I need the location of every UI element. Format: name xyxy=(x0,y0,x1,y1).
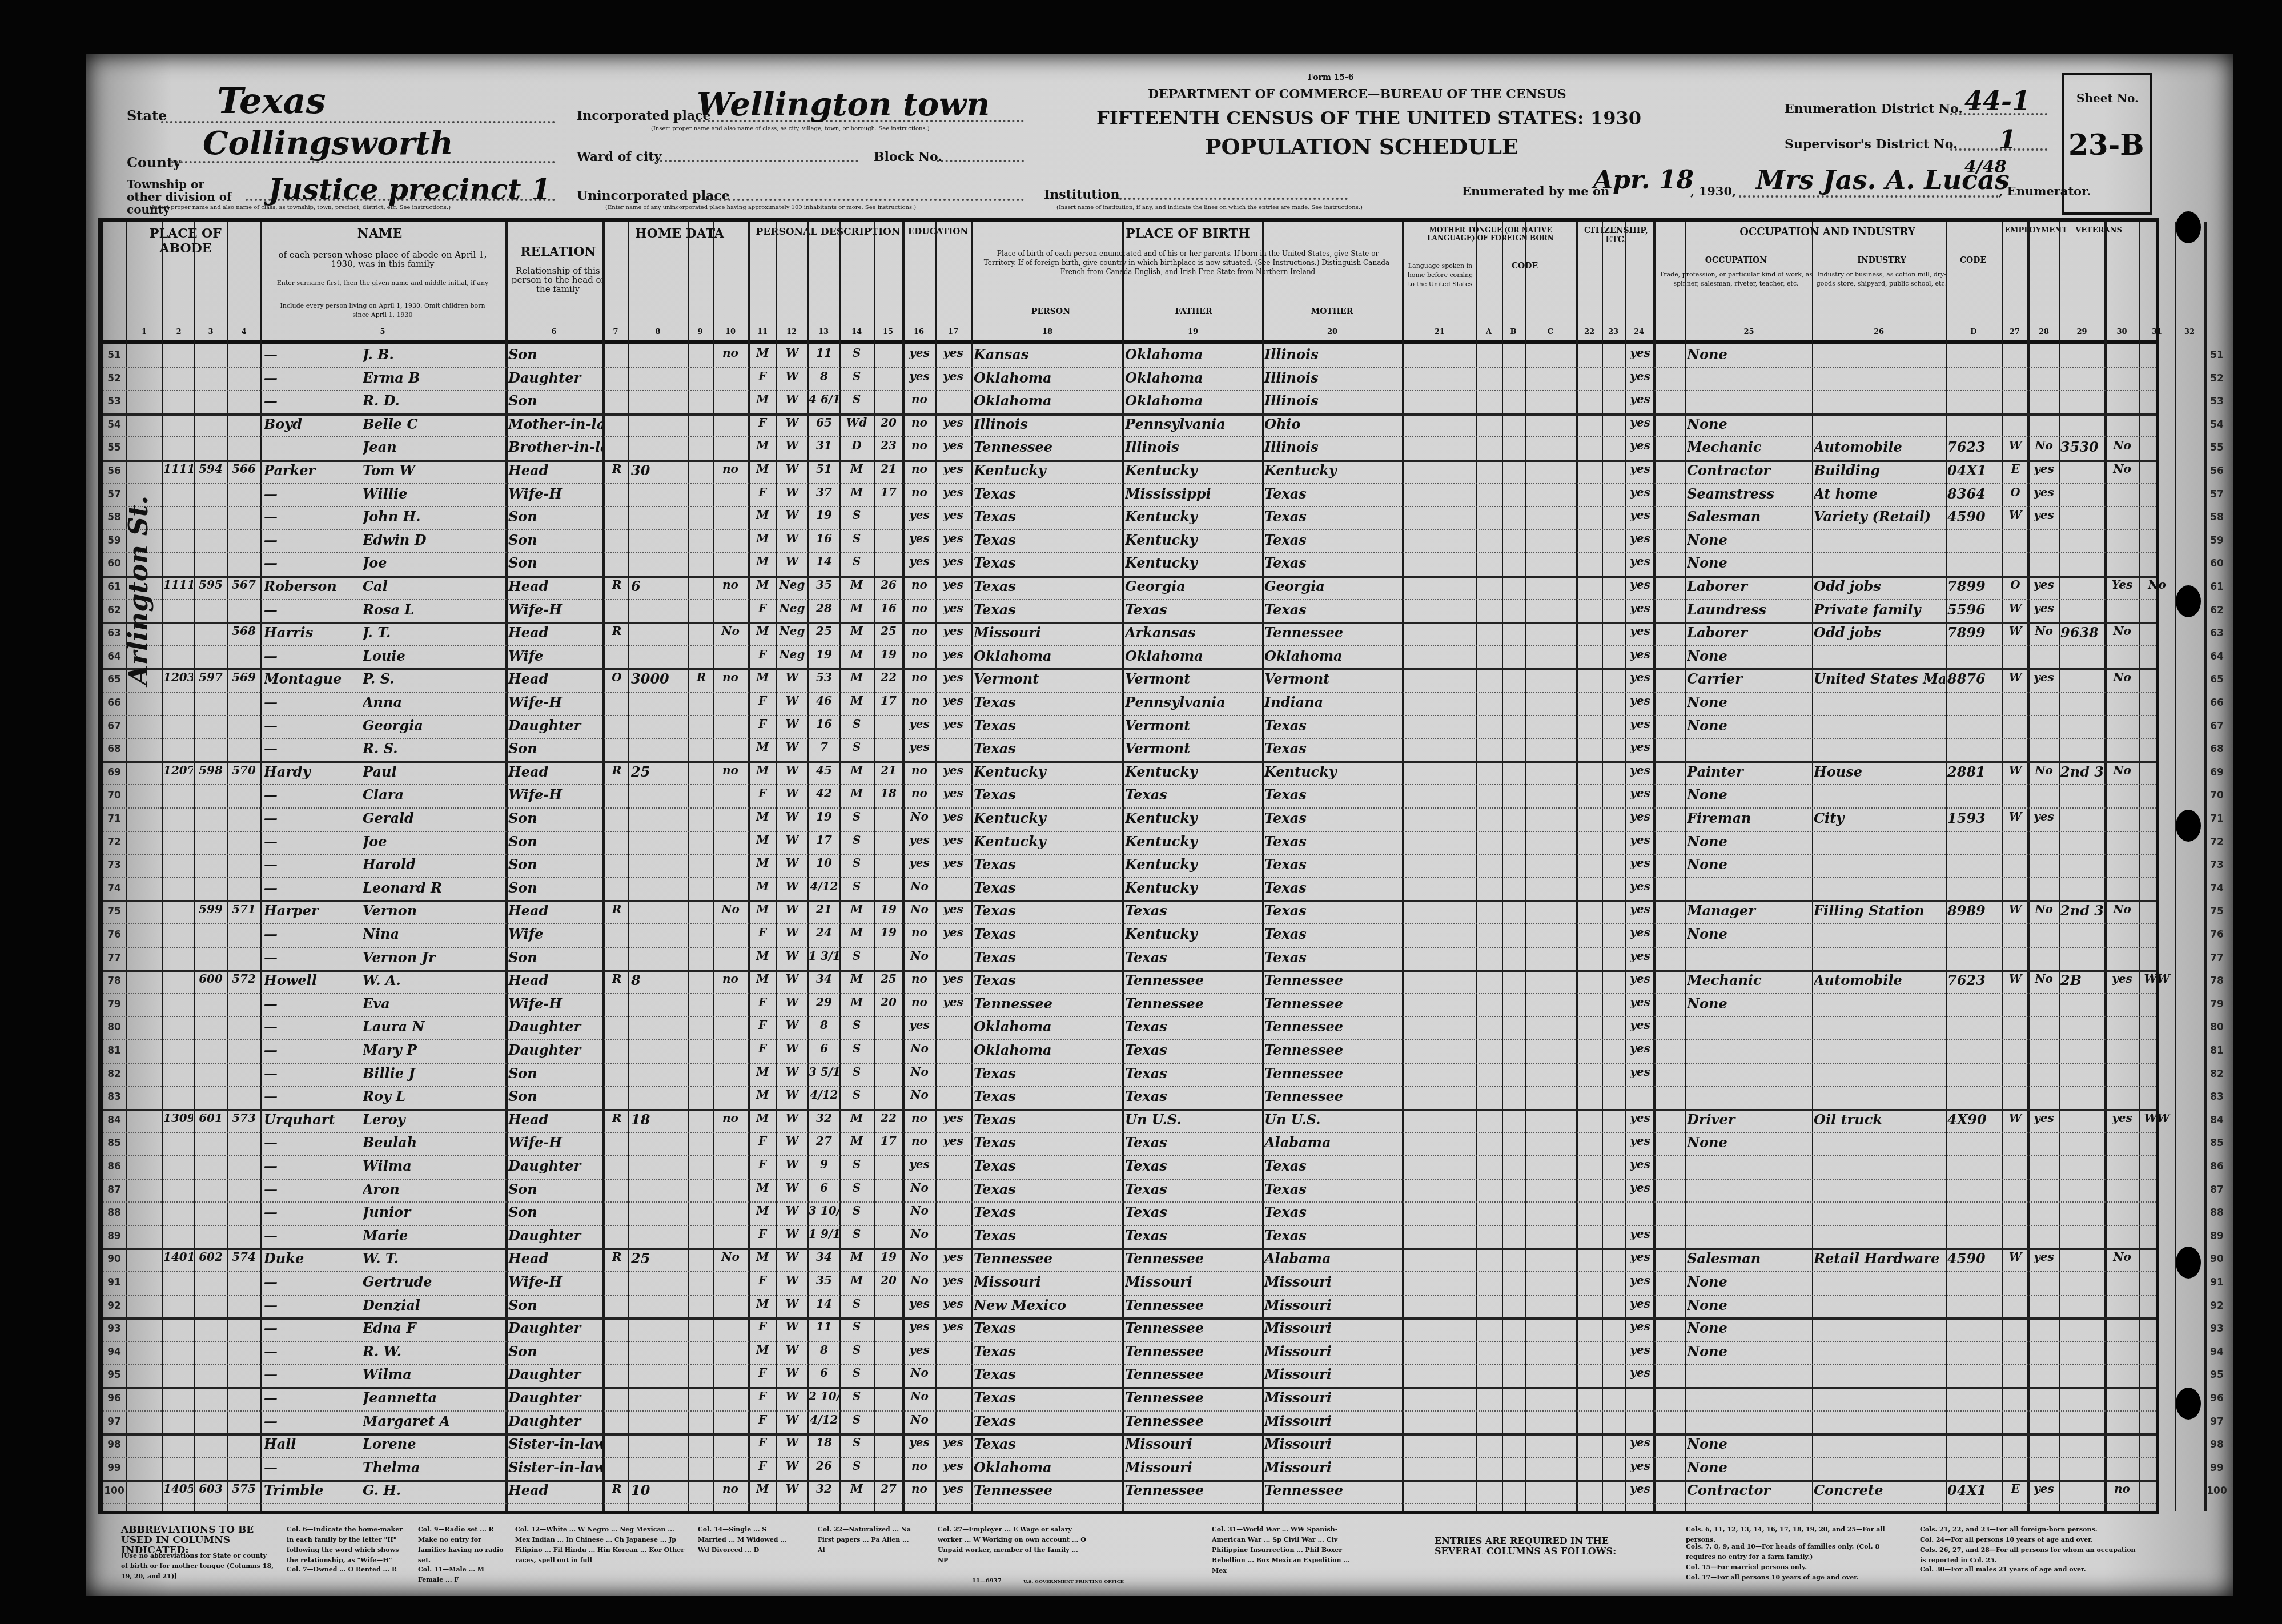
age-cell: 4 6/12 xyxy=(809,392,839,406)
occupation-cell: Laborer xyxy=(1687,578,1811,594)
surname-cell: — xyxy=(264,648,361,664)
read-write-cell: yes xyxy=(937,485,970,499)
table-row: 7272—JoeSonMW17SyesyesKentuckyKentuckyTe… xyxy=(103,831,2156,855)
industry-code-cell: 8364 xyxy=(1947,485,2001,502)
given-name-cell: Rosa L xyxy=(363,601,504,618)
age-cell: 7 xyxy=(809,740,839,754)
industry-description: Industry or business, as cotton mill, dr… xyxy=(1816,270,1947,288)
relation-cell: Son xyxy=(508,1088,602,1104)
surname-cell: Urquhart xyxy=(264,1111,361,1128)
unemployment-line-cell: 2nd 39 xyxy=(2060,902,2104,919)
read-write-cell: yes xyxy=(937,508,970,522)
line-number: 54 xyxy=(103,419,126,431)
given-name-cell: Margaret A xyxy=(363,1413,504,1429)
col-number: 23 xyxy=(1603,328,1624,336)
line-number-right: 59 xyxy=(2205,535,2228,546)
age-cell: 4/12 xyxy=(809,879,839,893)
age-at-marriage-cell: 19 xyxy=(875,926,902,939)
age-cell: 2 10/12 xyxy=(809,1389,839,1403)
line-number-right: 69 xyxy=(2205,767,2228,778)
line-number: 62 xyxy=(103,605,126,616)
read-write-cell: yes xyxy=(937,926,970,939)
birthplace-father-cell: Un U.S. xyxy=(1125,1111,1262,1128)
age-cell: 9 xyxy=(809,1157,839,1171)
birthplace-father-cell: Tennessee xyxy=(1125,1297,1262,1313)
race-cell: W xyxy=(777,1366,807,1380)
age-cell: 4/12 xyxy=(809,1413,839,1426)
occupation-cell: Contractor xyxy=(1687,462,1811,479)
age-cell: 21 xyxy=(809,902,839,916)
school-cell: yes xyxy=(904,1157,935,1171)
marital-cell: S xyxy=(841,1459,873,1473)
col-number: C xyxy=(1526,328,1575,336)
age-cell: 24 xyxy=(809,926,839,939)
speaks-english-cell: yes xyxy=(1626,601,1654,615)
read-write-cell: yes xyxy=(937,902,970,916)
line-number: 61 xyxy=(103,581,126,593)
surname-cell: — xyxy=(264,346,361,363)
given-name-cell: Thelma xyxy=(363,1459,504,1476)
given-name-cell: Joe xyxy=(363,833,504,850)
col-number: 13 xyxy=(809,328,838,336)
line-number-right: 96 xyxy=(2205,1393,2228,1404)
relation-cell: Mother-in-law xyxy=(508,416,602,432)
sex-cell: M xyxy=(750,810,775,823)
sex-cell: F xyxy=(750,1320,775,1333)
speaks-english-cell: yes xyxy=(1626,740,1654,754)
relation-description: Relationship of this person to the head … xyxy=(509,266,606,294)
given-name-cell: J. B. xyxy=(363,346,504,363)
veteran-cell: No xyxy=(2106,462,2138,476)
age-cell: 8 xyxy=(809,1018,839,1032)
school-cell: yes xyxy=(904,1297,935,1311)
speaks-english-cell: yes xyxy=(1626,1273,1654,1287)
occupation-cell: None xyxy=(1687,995,1811,1012)
given-name-cell: Roy L xyxy=(363,1088,504,1104)
table-row: 6363568HarrisJ. T.HeadRNoMNeg25M25noyesM… xyxy=(103,622,2156,646)
line-number: 55 xyxy=(103,442,126,453)
birthplace-person-cell: Texas xyxy=(974,1157,1121,1174)
house-number-cell: 1405 xyxy=(163,1482,193,1496)
read-write-cell: yes xyxy=(937,369,970,383)
table-row: 65651203597569MontagueP. S.HeadO3000RnoM… xyxy=(103,668,2156,693)
speaks-english-cell: yes xyxy=(1626,810,1654,823)
surname-cell: — xyxy=(264,833,361,850)
line-number-right: 100 xyxy=(2205,1485,2228,1497)
occupation-cell: Laborer xyxy=(1687,624,1811,641)
print-office: U.S. GOVERNMENT PRINTING OFFICE xyxy=(1023,1576,1124,1586)
line-number-right: 90 xyxy=(2205,1253,2228,1265)
occupation-cell: None xyxy=(1687,856,1811,873)
table-row: 9292—DenzialSonMW14SyesyesNew MexicoTenn… xyxy=(103,1295,2156,1320)
entries-2: Cols. 7, 8, 9, and 10—For heads of famil… xyxy=(1686,1542,1903,1562)
veteran-cell: yes xyxy=(2106,1111,2138,1125)
age-cell: 25 xyxy=(809,624,839,638)
table-row: 8686—WilmaDaughterFW9SyesTexasTexasTexas… xyxy=(103,1155,2156,1180)
age-cell: 65 xyxy=(809,416,839,429)
read-write-cell: yes xyxy=(937,717,970,731)
race-cell: Neg xyxy=(777,578,807,592)
given-name-cell: Edwin D xyxy=(363,532,504,548)
table-row: 69691207598570HardyPaulHeadR25noMW45M21n… xyxy=(103,761,2156,786)
table-row: 5151—J. B.SonnoMW11SyesyesKansasOklahoma… xyxy=(103,344,2156,368)
read-write-cell: yes xyxy=(937,554,970,568)
birthplace-mother-cell: Kentucky xyxy=(1264,462,1401,479)
marital-cell: S xyxy=(841,1157,873,1171)
speaks-english-cell: yes xyxy=(1626,578,1654,592)
family-number-cell: 572 xyxy=(228,972,259,986)
marital-cell: S xyxy=(841,1436,873,1449)
birthplace-father-cell: Tennessee xyxy=(1125,1389,1262,1406)
marital-cell: S xyxy=(841,554,873,568)
birthplace-person-cell: Kentucky xyxy=(974,833,1121,850)
birthplace-person-cell: Texas xyxy=(974,1343,1121,1360)
line-number: 89 xyxy=(103,1231,126,1242)
occupation-cell: None xyxy=(1687,416,1811,432)
school-cell: No xyxy=(904,1273,935,1287)
war-cell: WW xyxy=(2140,972,2173,986)
birthplace-mother-cell: Tennessee xyxy=(1264,624,1401,641)
birthplace-father-cell: Kentucky xyxy=(1125,508,1262,525)
surname-cell: Boyd xyxy=(264,416,361,432)
abbrev-col27: Col. 27—Employer ... E Wage or salary wo… xyxy=(938,1525,1086,1566)
birthplace-mother-cell: Indiana xyxy=(1264,694,1401,710)
marital-cell: S xyxy=(841,346,873,360)
surname-cell: Howell xyxy=(264,972,361,988)
line-number-right: 60 xyxy=(2205,558,2228,569)
sex-cell: F xyxy=(750,1413,775,1426)
sex-cell: M xyxy=(750,1181,775,1195)
enum-district-label: Enumeration District No. xyxy=(1785,102,1963,116)
given-name-cell: Clara xyxy=(363,786,504,803)
birthplace-mother-cell: Texas xyxy=(1264,740,1401,757)
table-row: 6262—Rosa LWife-HFNeg28M16noyesTexasTexa… xyxy=(103,599,2156,625)
birth-description: Place of birth of each person enumerated… xyxy=(982,249,1393,276)
table-row: 5353—R. D.SonMW4 6/12SnoOklahomaOklahoma… xyxy=(103,390,2156,416)
birthplace-person-cell: Texas xyxy=(974,1065,1121,1082)
line-number: 95 xyxy=(103,1369,126,1381)
line-number: 91 xyxy=(103,1277,126,1288)
birthplace-mother-cell: Missouri xyxy=(1264,1343,1401,1360)
birthplace-person-cell: Kentucky xyxy=(974,462,1121,479)
age-at-marriage-cell: 20 xyxy=(875,995,902,1009)
birthplace-person-cell: Texas xyxy=(974,949,1121,966)
race-cell: W xyxy=(777,694,807,708)
home-owned-cell: R xyxy=(605,763,628,777)
race-cell: W xyxy=(777,1413,807,1426)
given-name-cell: Tom W xyxy=(363,462,504,479)
institution-underline xyxy=(1119,198,1348,200)
race-cell: W xyxy=(777,717,807,731)
birth-person-header: PERSON xyxy=(982,307,1119,316)
entries-7: Cols. 26, 27, and 28—For all persons for… xyxy=(1920,1545,2137,1566)
birthplace-person-cell: Oklahoma xyxy=(974,1042,1121,1058)
occupation-cell: None xyxy=(1687,1297,1811,1313)
veteran-cell: No xyxy=(2106,670,2138,684)
industry-code-cell: 4590 xyxy=(1947,508,2001,525)
surname-cell: — xyxy=(264,856,361,873)
read-write-cell: yes xyxy=(937,1250,970,1264)
line-number-right: 85 xyxy=(2205,1137,2228,1149)
age-cell: 3 5/12 xyxy=(809,1065,839,1079)
class-of-worker-cell: W xyxy=(2003,1250,2027,1264)
group-relation: RELATION xyxy=(508,244,608,259)
given-name-cell: Jean xyxy=(363,439,504,455)
industry-code-cell: 04X1 xyxy=(1947,462,2001,479)
speaks-english-cell: yes xyxy=(1626,1297,1654,1311)
col-number: 15 xyxy=(875,328,901,336)
col-number: 22 xyxy=(1578,328,1601,336)
abbrev-col22: Col. 22—Naturalized ... Na First papers … xyxy=(818,1525,915,1555)
speaks-english-cell: yes xyxy=(1626,1018,1654,1032)
age-cell: 16 xyxy=(809,717,839,731)
speaks-english-cell: yes xyxy=(1626,763,1654,777)
occupation-cell: None xyxy=(1687,1320,1811,1336)
speaks-english-cell: yes xyxy=(1626,1042,1654,1055)
industry-cell: Automobile xyxy=(1814,972,1945,988)
occupation-cell: Manager xyxy=(1687,902,1811,919)
enumerator-underline xyxy=(1739,195,1999,198)
marital-cell: M xyxy=(841,485,873,499)
home-owned-cell: R xyxy=(605,902,628,916)
relation-cell: Wife-H xyxy=(508,1134,602,1151)
birthplace-mother-cell: Texas xyxy=(1264,532,1401,548)
class-of-worker-cell: W xyxy=(2003,508,2027,522)
speaks-english-cell: yes xyxy=(1626,1134,1654,1148)
birthplace-person-cell: Texas xyxy=(974,1088,1121,1104)
class-of-worker-cell: O xyxy=(2003,485,2027,499)
table-row: 8787—AronSonMW6SNoTexasTexasTexasyes xyxy=(103,1179,2156,1203)
marital-cell: S xyxy=(841,1227,873,1241)
birthplace-father-cell: Arkansas xyxy=(1125,624,1262,641)
birthplace-mother-cell: Un U.S. xyxy=(1264,1111,1401,1128)
table-row: 6060—JoeSonMW14SyesyesTexasKentuckyTexas… xyxy=(103,552,2156,578)
table-row: 8888—JuniorSonMW3 10/12SNoTexasTexasTexa… xyxy=(103,1201,2156,1226)
relation-cell: Head xyxy=(508,462,602,479)
veteran-cell: no xyxy=(2106,1482,2138,1496)
farm-cell: no xyxy=(714,346,747,360)
line-number: 73 xyxy=(103,859,126,871)
given-name-cell: John H. xyxy=(363,508,504,525)
age-cell: 42 xyxy=(809,786,839,800)
entries-6: Col. 24—For all persons 10 years of age … xyxy=(1920,1535,2137,1545)
col-number: 12 xyxy=(777,328,806,336)
birthplace-father-cell: Missouri xyxy=(1125,1459,1262,1476)
group-veterans: VETERANS xyxy=(2070,226,2127,235)
school-cell: yes xyxy=(904,717,935,731)
given-name-cell: R. W. xyxy=(363,1343,504,1360)
birthplace-person-cell: Texas xyxy=(974,1227,1121,1244)
entries-5: Cols. 21, 22, and 23—For all foreign-bor… xyxy=(1920,1525,2137,1535)
birthplace-mother-cell: Illinois xyxy=(1264,392,1401,409)
occupation-cell: Mechanic xyxy=(1687,972,1811,988)
given-name-cell: Louie xyxy=(363,648,504,664)
sex-cell: M xyxy=(750,1065,775,1079)
birthplace-person-cell: Texas xyxy=(974,601,1121,618)
line-number: 77 xyxy=(103,952,126,964)
age-cell: 4/12 xyxy=(809,1088,839,1102)
war-cell: WW xyxy=(2140,1111,2173,1125)
group-employment: EMPLOYMENT xyxy=(2004,226,2067,235)
table-row: 5959—Edwin DSonMW16SyesyesTexasKentuckyT… xyxy=(103,529,2156,554)
age-at-marriage-cell: 17 xyxy=(875,1134,902,1148)
marital-cell: S xyxy=(841,1343,873,1357)
unincorporated-label: Unincorporated place xyxy=(577,188,730,203)
age-cell: 26 xyxy=(809,1459,839,1473)
read-write-cell: yes xyxy=(937,1134,970,1148)
table-row: 7070—ClaraWife-HFW42M18noyesTexasTexasTe… xyxy=(103,784,2156,809)
sex-cell: F xyxy=(750,1227,775,1241)
occupation-cell: None xyxy=(1687,786,1811,803)
age-cell: 18 xyxy=(809,1436,839,1449)
relation-cell: Son xyxy=(508,392,602,409)
school-cell: no xyxy=(904,416,935,429)
age-at-marriage-cell: 20 xyxy=(875,416,902,429)
race-cell: W xyxy=(777,1459,807,1473)
industry-code-cell: 7623 xyxy=(1947,439,2001,455)
occupation-cell: None xyxy=(1687,1134,1811,1151)
township-value: Justice precinct 1 xyxy=(268,172,551,206)
line-number-right: 87 xyxy=(2205,1184,2228,1196)
class-of-worker-cell: W xyxy=(2003,1111,2027,1125)
industry-cell: Odd jobs xyxy=(1814,578,1945,594)
age-cell: 19 xyxy=(809,508,839,522)
given-name-cell: Georgia xyxy=(363,717,504,734)
birthplace-person-cell: Tennessee xyxy=(974,995,1121,1012)
line-number: 65 xyxy=(103,674,126,685)
relation-cell: Son xyxy=(508,346,602,363)
industry-cell: House xyxy=(1814,763,1945,780)
at-work-cell: yes xyxy=(2030,508,2058,522)
birthplace-person-cell: Texas xyxy=(974,1389,1121,1406)
house-number-cell: 1207 xyxy=(163,763,193,777)
birthplace-mother-cell: Texas xyxy=(1264,949,1401,966)
given-name-cell: Denzial xyxy=(363,1297,504,1313)
school-cell: yes xyxy=(904,1320,935,1333)
col-number: D xyxy=(1947,328,2000,336)
school-cell: no xyxy=(904,578,935,592)
table-row: 5454BoydBelle CMother-in-lawFW65Wd20noye… xyxy=(103,413,2156,438)
marital-cell: M xyxy=(841,995,873,1009)
occupation-cell: Carrier xyxy=(1687,670,1811,687)
relation-cell: Son xyxy=(508,740,602,757)
veteran-cell: No xyxy=(2106,763,2138,777)
age-at-marriage-cell: 22 xyxy=(875,1111,902,1125)
birthplace-mother-cell: Illinois xyxy=(1264,439,1401,455)
table-row: 6868—R. S.SonMW7SyesTexasVermontTexasyes xyxy=(103,738,2156,763)
surname-cell: — xyxy=(264,1343,361,1360)
home-value-cell: 30 xyxy=(631,462,687,479)
read-write-cell: yes xyxy=(937,1297,970,1311)
birthplace-person-cell: New Mexico xyxy=(974,1297,1121,1313)
given-name-cell: Belle C xyxy=(363,416,504,432)
speaks-english-cell: yes xyxy=(1626,1250,1654,1264)
group-name: NAME xyxy=(266,226,494,241)
relation-cell: Head xyxy=(508,763,602,780)
race-cell: W xyxy=(777,1482,807,1496)
line-number-right: 74 xyxy=(2205,883,2228,894)
race-cell: W xyxy=(777,1297,807,1311)
surname-cell: — xyxy=(264,1065,361,1082)
school-cell: no xyxy=(904,926,935,939)
line-number: 82 xyxy=(103,1068,126,1080)
race-cell: W xyxy=(777,369,807,383)
township-note: (Insert proper name and also name of cla… xyxy=(150,204,451,211)
industry-cell: Automobile xyxy=(1814,439,1945,455)
census-title: FIFTEENTH CENSUS OF THE UNITED STATES: 1… xyxy=(1096,107,1641,129)
read-write-cell: yes xyxy=(937,1436,970,1449)
class-of-worker-cell: W xyxy=(2003,902,2027,916)
line-number: 88 xyxy=(103,1207,126,1219)
age-at-marriage-cell: 19 xyxy=(875,902,902,916)
line-number-right: 68 xyxy=(2205,743,2228,755)
industry-cell: Oil truck xyxy=(1814,1111,1945,1128)
speaks-english-cell: yes xyxy=(1626,624,1654,638)
occupation-cell: Laundress xyxy=(1687,601,1811,618)
race-cell: W xyxy=(777,810,807,823)
birthplace-mother-cell: Texas xyxy=(1264,485,1401,502)
line-number-right: 54 xyxy=(2205,419,2228,431)
given-name-cell: Harold xyxy=(363,856,504,873)
birthplace-father-cell: Kentucky xyxy=(1125,763,1262,780)
birthplace-person-cell: Oklahoma xyxy=(974,392,1121,409)
farm-cell: No xyxy=(714,624,747,638)
table-row: 9797—Margaret ADaughterFW4/12SNoTexasTen… xyxy=(103,1410,2156,1436)
relation-cell: Daughter xyxy=(508,717,602,734)
surname-cell: — xyxy=(264,879,361,896)
given-name-cell: Leonard R xyxy=(363,879,504,896)
marital-cell: S xyxy=(841,1297,873,1311)
read-write-cell: yes xyxy=(937,578,970,592)
line-number: 52 xyxy=(103,373,126,384)
line-number: 86 xyxy=(103,1161,126,1172)
school-cell: No xyxy=(904,1065,935,1079)
at-work-cell: yes xyxy=(2030,1250,2058,1264)
family-number-cell: 571 xyxy=(228,902,259,916)
table-row: 5858—John H.SonMW19SyesyesTexasKentuckyT… xyxy=(103,506,2156,530)
sex-cell: F xyxy=(750,601,775,615)
birthplace-person-cell: Texas xyxy=(974,1134,1121,1151)
read-write-cell: yes xyxy=(937,346,970,360)
col-number: 7 xyxy=(604,328,627,336)
sex-cell: M xyxy=(750,578,775,592)
enumerator-note: 4/48 xyxy=(1964,157,2007,177)
home-owned-cell: R xyxy=(605,1482,628,1496)
table-row: 7777—Vernon JrSonMW1 3/12SNoTexasTexasTe… xyxy=(103,947,2156,972)
line-number-right: 51 xyxy=(2205,349,2228,361)
table-row: 8383—Roy LSonMW4/12SNoTexasTexasTennesse… xyxy=(103,1086,2156,1111)
veteran-cell: yes xyxy=(2106,972,2138,986)
marital-cell: S xyxy=(841,1088,873,1102)
relation-cell: Son xyxy=(508,833,602,850)
at-work-cell: yes xyxy=(2030,601,2058,615)
school-cell: no xyxy=(904,462,935,476)
occupation-cell: None xyxy=(1687,1273,1811,1290)
speaks-english-cell: yes xyxy=(1626,717,1654,731)
home-value-cell: 25 xyxy=(631,763,687,780)
occupation-cell: None xyxy=(1687,833,1811,850)
line-number: 87 xyxy=(103,1184,126,1196)
line-number-right: 91 xyxy=(2205,1277,2228,1288)
birthplace-mother-cell: Alabama xyxy=(1264,1134,1401,1151)
race-cell: W xyxy=(777,1018,807,1032)
occupation-cell: None xyxy=(1687,1436,1811,1452)
speaks-english-cell: yes xyxy=(1626,462,1654,476)
relation-cell: Head xyxy=(508,670,602,687)
line-number-right: 97 xyxy=(2205,1416,2228,1428)
surname-cell: — xyxy=(264,1181,361,1197)
family-number-cell: 573 xyxy=(228,1111,259,1125)
